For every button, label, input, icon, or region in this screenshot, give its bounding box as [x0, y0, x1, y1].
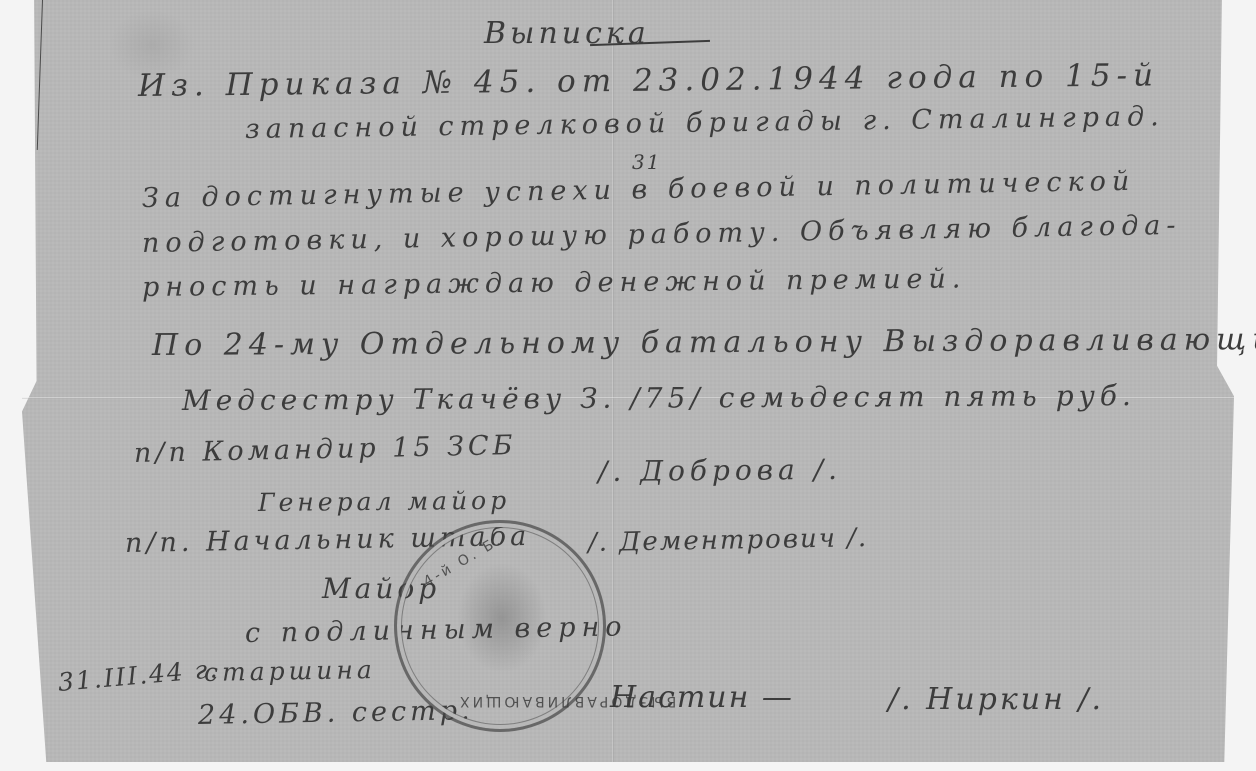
- document-title: Выписка: [484, 16, 650, 51]
- certifier-rank: старшина: [204, 655, 376, 687]
- chief-of-staff-name: /. Дементрович /.: [588, 523, 869, 558]
- commander-rank: Генерал майор: [258, 486, 510, 517]
- round-stamp-icon: 4-й О. Б. ВЫЗДОРАВЛИВАЮЩИХ: [394, 520, 606, 732]
- commander-name: /. Доброва /.: [598, 453, 842, 488]
- battalion-line: По 24-му Отдельному батальону Выздоравли…: [152, 322, 1256, 363]
- recipient-line: Медсестру Ткачёву З. /75/ семьдесят пять…: [182, 379, 1136, 417]
- document-scan: Выписка Из. Приказа № 45. от 23.02.1944 …: [0, 0, 1256, 771]
- stamp-emblem-icon: [457, 563, 547, 673]
- stamp-text-bottom: ВЫЗДОРАВЛИВАЮЩИХ: [457, 693, 676, 709]
- paragraph-number: 31: [632, 150, 661, 174]
- signature-name: /. Ниркин /.: [888, 682, 1104, 717]
